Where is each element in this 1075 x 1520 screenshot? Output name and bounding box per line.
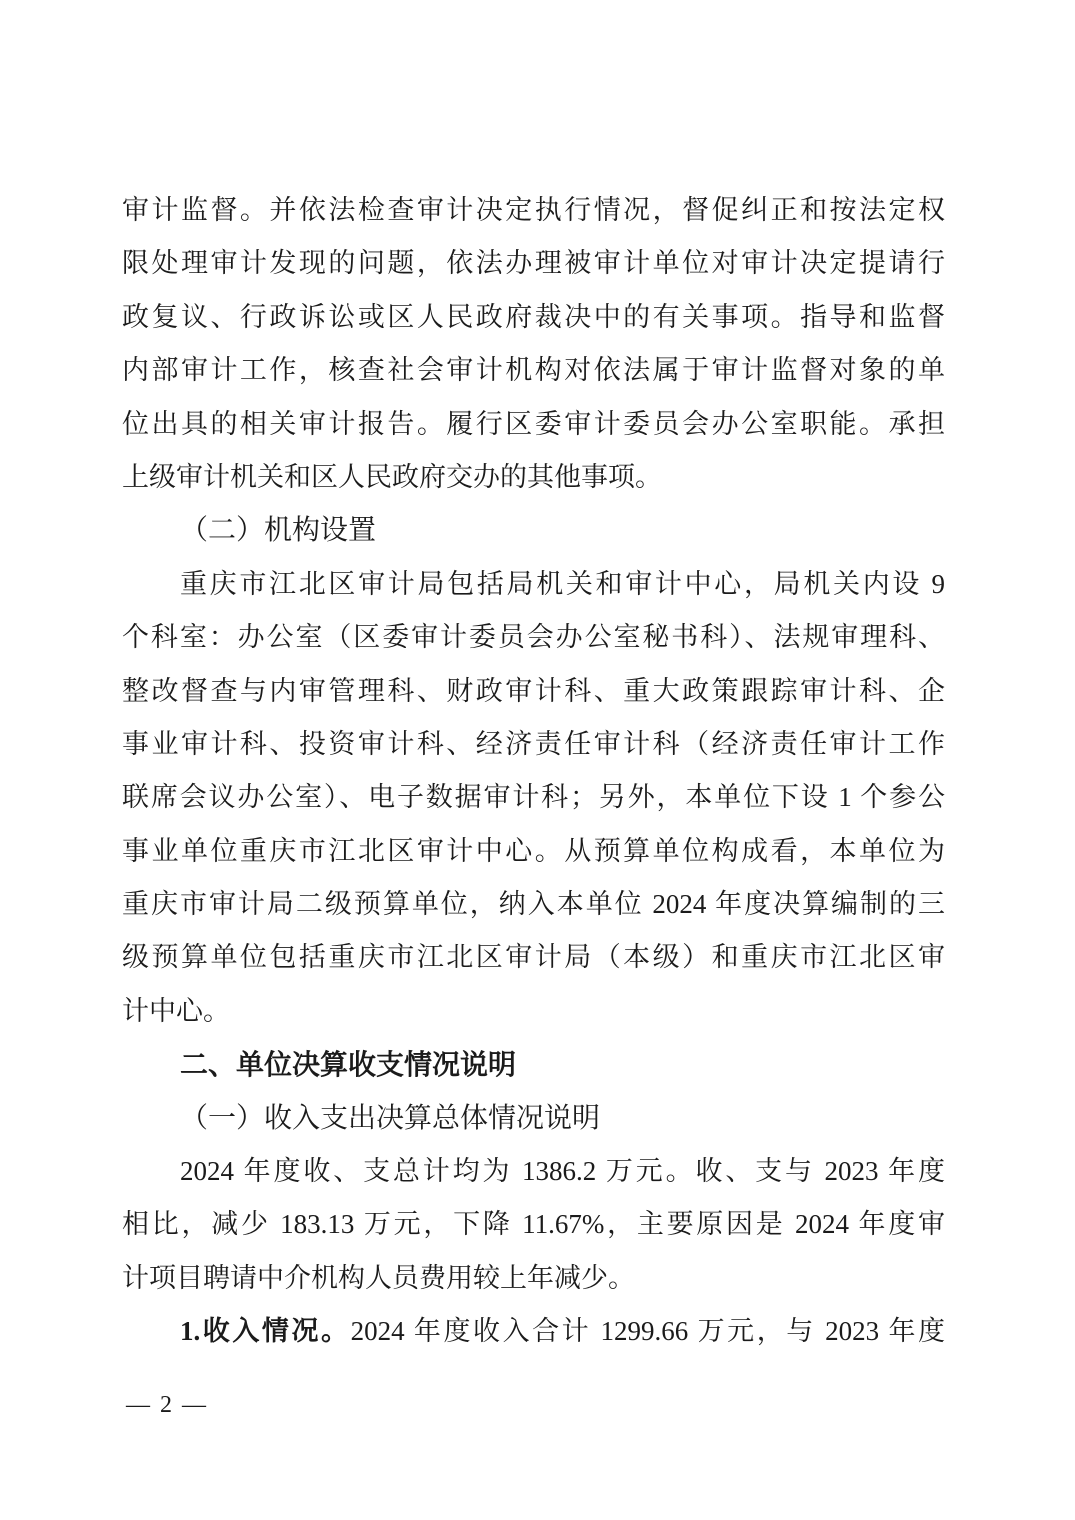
body-line: 计项目聘请中介机构人员费用较上年减少。 [122, 1252, 945, 1305]
document-page: 审计监督。并依法检查审计决定执行情况，督促纠正和按法定权限处理审计发现的问题，依… [0, 0, 1075, 1520]
body-line: 重庆市审计局二级预算单位，纳入本单位 2024 年度决算编制的三 [122, 878, 945, 931]
body-line: 内部审计工作，核查社会审计机构对依法属于审计监督对象的单 [122, 344, 945, 397]
body-line: 重庆市江北区审计局包括局机关和审计中心，局机关内设 9 [122, 558, 945, 611]
body-line: 级预算单位包括重庆市江北区审计局（本级）和重庆市江北区审 [122, 931, 945, 984]
document-body: 审计监督。并依法检查审计决定执行情况，督促纠正和按法定权限处理审计发现的问题，依… [0, 0, 1075, 1359]
body-line: 个科室：办公室（区委审计委员会办公室秘书科）、法规审理科、 [122, 611, 945, 664]
bold-lead-text: 1.收入情况。 [180, 1316, 351, 1346]
line-text: 2024 年度收入合计 1299.66 万元，与 2023 年度 [351, 1316, 945, 1346]
body-line: 整改督查与内审管理科、财政审计科、重大政策跟踪审计科、企 [122, 665, 945, 718]
body-line: 1.收入情况。2024 年度收入合计 1299.66 万元，与 2023 年度 [122, 1305, 945, 1358]
subsection-heading: （一）收入支出决算总体情况说明 [122, 1092, 945, 1145]
body-line: 事业审计科、投资审计科、经济责任审计科（经济责任审计工作 [122, 718, 945, 771]
page-number: — 2 — [126, 1392, 208, 1419]
subsection-heading: （二）机构设置 [122, 504, 945, 557]
section-heading: 二、单位决算收支情况说明 [122, 1038, 945, 1091]
body-line: 相比，减少 183.13 万元，下降 11.67%，主要原因是 2024 年度审 [122, 1198, 945, 1251]
body-line: 政复议、行政诉讼或区人民政府裁决中的有关事项。指导和监督 [122, 291, 945, 344]
body-line: 限处理审计发现的问题，依法办理被审计单位对审计决定提请行 [122, 237, 945, 290]
body-line: 事业单位重庆市江北区审计中心。从预算单位构成看，本单位为 [122, 825, 945, 878]
body-line: 审计监督。并依法检查审计决定执行情况，督促纠正和按法定权 [122, 184, 945, 237]
body-line: 上级审计机关和区人民政府交办的其他事项。 [122, 451, 945, 504]
body-line: 2024 年度收、支总计均为 1386.2 万元。收、支与 2023 年度 [122, 1145, 945, 1198]
body-line: 位出具的相关审计报告。履行区委审计委员会办公室职能。承担 [122, 398, 945, 451]
body-line: 计中心。 [122, 985, 945, 1038]
body-line: 联席会议办公室）、电子数据审计科；另外，本单位下设 1 个参公 [122, 771, 945, 824]
